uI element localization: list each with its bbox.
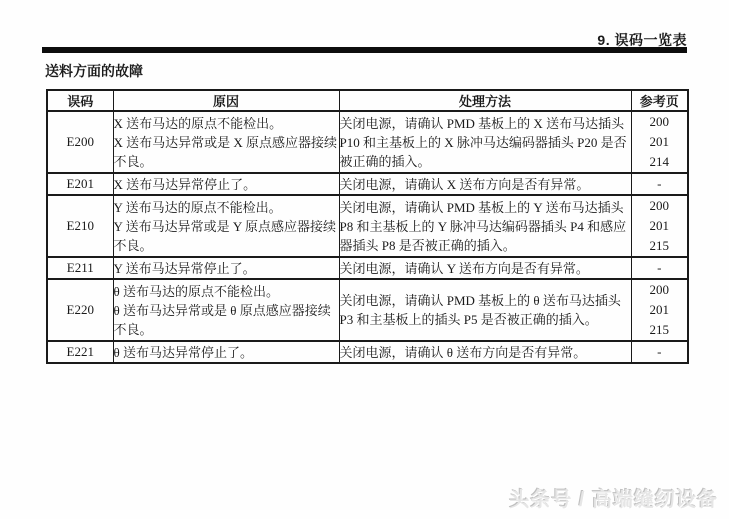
remedy-cell: 关闭电源，请确认 X 送布方向是否有异常。 [339,173,631,195]
header-rule [42,47,687,53]
remedy-cell: 关闭电源，请确认 PMD 基板上的 Y 送布马达插头 P8 和主基板上的 Y 脉… [339,195,631,257]
cause-line: X 送布马达的原点不能检出。 [114,114,339,133]
ref-page-cell: 200201215 [631,279,688,341]
manual-page: 9. 误码一览表 送料方面的故障 误码 原因 处理方法 参考页 E200X 送布… [0,0,729,519]
ref-page-number: 200 [632,196,688,216]
ref-page-number: 200 [632,280,688,300]
cause-line: Y 送布马达的原点不能检出。 [114,198,339,217]
table-header-row: 误码 原因 处理方法 参考页 [47,90,688,111]
cause-cell: X 送布马达异常停止了。 [113,173,339,195]
ref-page-number: 201 [632,216,688,236]
remedy-cell: 关闭电源，请确认 θ 送布方向是否有异常。 [339,341,631,363]
cause-line: X 送布马达异常停止了。 [114,175,339,194]
col-header-cause: 原因 [113,90,339,111]
error-code-cell: E201 [47,173,113,195]
table-header: 误码 原因 处理方法 参考页 [47,90,688,111]
cause-cell: Y 送布马达的原点不能检出。Y 送布马达异常或是 Y 原点感应器接续不良。 [113,195,339,257]
table-row: E220θ 送布马达的原点不能检出。θ 送布马达异常或是 θ 原点感应器接续不良… [47,279,688,341]
cause-line: θ 送布马达异常停止了。 [114,343,339,362]
cause-line: θ 送布马达的原点不能检出。 [114,282,339,301]
ref-page-number: 215 [632,236,688,256]
col-header-remedy: 处理方法 [339,90,631,111]
section-title: 送料方面的故障 [45,61,143,81]
ref-page-cell: - [631,173,688,195]
ref-page-number: 200 [632,112,688,132]
cause-cell: θ 送布马达异常停止了。 [113,341,339,363]
table-row: E201X 送布马达异常停止了。关闭电源，请确认 X 送布方向是否有异常。- [47,173,688,195]
table-row: E200X 送布马达的原点不能检出。X 送布马达异常或是 X 原点感应器接续不良… [47,111,688,173]
watermark: 头条号 / 高端缝纫设备 [509,483,718,512]
ref-page-cell: - [631,341,688,363]
cause-line: X 送布马达异常或是 X 原点感应器接续不良。 [114,133,339,171]
ref-page-number: - [632,174,688,194]
error-code-table: 误码 原因 处理方法 参考页 E200X 送布马达的原点不能检出。X 送布马达异… [46,89,689,364]
ref-page-number: 214 [632,152,688,172]
col-header-ref-page: 参考页 [631,90,688,111]
remedy-cell: 关闭电源，请确认 PMD 基板上的 θ 送布马达插头 P3 和主基板上的插头 P… [339,279,631,341]
table-row: E221θ 送布马达异常停止了。关闭电源，请确认 θ 送布方向是否有异常。- [47,341,688,363]
cause-line: Y 送布马达异常或是 Y 原点感应器接续不良。 [114,217,339,255]
ref-page-cell: - [631,257,688,279]
ref-page-number: 215 [632,320,688,340]
error-code-cell: E211 [47,257,113,279]
ref-page-cell: 200201214 [631,111,688,173]
table-body: E200X 送布马达的原点不能检出。X 送布马达异常或是 X 原点感应器接续不良… [47,111,688,363]
ref-page-number: - [632,258,688,278]
col-header-error-code: 误码 [47,90,113,111]
error-code-cell: E220 [47,279,113,341]
error-code-cell: E221 [47,341,113,363]
cause-cell: X 送布马达的原点不能检出。X 送布马达异常或是 X 原点感应器接续不良。 [113,111,339,173]
table-row: E210Y 送布马达的原点不能检出。Y 送布马达异常或是 Y 原点感应器接续不良… [47,195,688,257]
cause-line: Y 送布马达异常停止了。 [114,259,339,278]
error-code-cell: E200 [47,111,113,173]
ref-page-cell: 200201215 [631,195,688,257]
ref-page-number: 201 [632,300,688,320]
ref-page-number: 201 [632,132,688,152]
cause-cell: θ 送布马达的原点不能检出。θ 送布马达异常或是 θ 原点感应器接续不良。 [113,279,339,341]
error-code-cell: E210 [47,195,113,257]
remedy-cell: 关闭电源，请确认 Y 送布方向是否有异常。 [339,257,631,279]
cause-line: θ 送布马达异常或是 θ 原点感应器接续不良。 [114,301,339,339]
remedy-cell: 关闭电源，请确认 PMD 基板上的 X 送布马达插头 P10 和主基板上的 X … [339,111,631,173]
cause-cell: Y 送布马达异常停止了。 [113,257,339,279]
ref-page-number: - [632,342,688,362]
table-row: E211Y 送布马达异常停止了。关闭电源，请确认 Y 送布方向是否有异常。- [47,257,688,279]
